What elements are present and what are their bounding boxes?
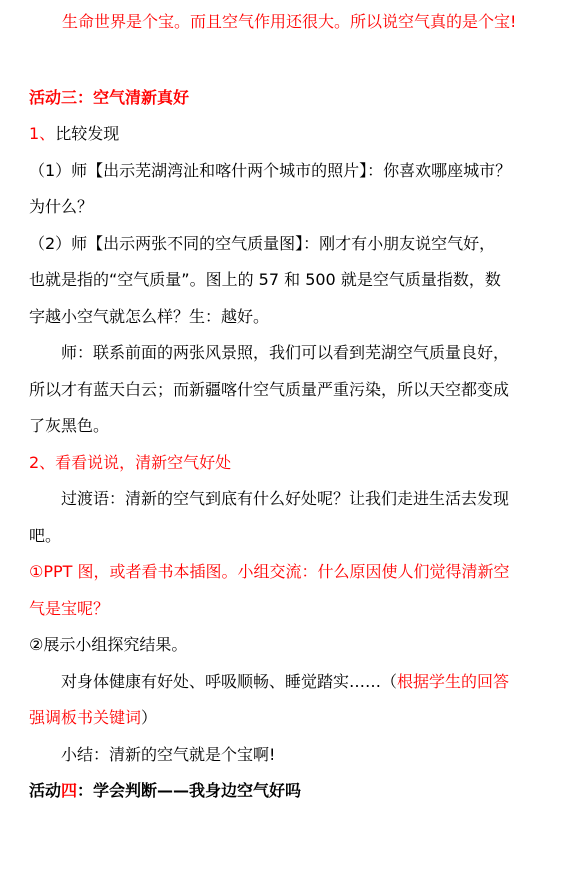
teacher-line3: 了灰黑色。 xyxy=(29,414,109,438)
activity4-prefix: 活动 xyxy=(29,781,61,800)
section1-title: 比较发现 xyxy=(55,124,119,143)
section1-heading: 1、比较发现 xyxy=(29,122,119,146)
intro-line: 生命世界是个宝。而且空气作用还很大。所以说空气真的是个宝! xyxy=(62,10,516,34)
teacher-line2: 所以才有蓝天白云；而新疆喀什空气质量严重污染，所以天空都变成 xyxy=(29,378,509,402)
item2-line3: 字越小空气就怎么样？生：越好。 xyxy=(29,305,269,329)
activity4-number: 四 xyxy=(61,781,77,800)
step2-line: ②展示小组探究结果。 xyxy=(29,633,187,657)
teacher-line1: 师：联系前面的两张风景照，我们可以看到芜湖空气质量良好， xyxy=(61,341,509,365)
result-note-part1: 根据学生的回答 xyxy=(397,672,509,691)
item1-line2: 为什么？ xyxy=(29,195,93,219)
result-text: 对身体健康有好处、呼吸顺畅、睡觉踏实……（ xyxy=(61,672,397,691)
section2-heading: 2、看看说说，清新空气好处 xyxy=(29,451,231,475)
step1-line2: 气是宝呢？ xyxy=(29,597,109,621)
item1-line1: （1）师【出示芜湖湾沚和喀什两个城市的照片】：你喜欢哪座城市？ xyxy=(29,159,511,183)
result-note-part2: 强调板书关键词 xyxy=(29,708,141,727)
transition-line2: 吧。 xyxy=(29,524,61,548)
item2-line1: （2）师【出示两张不同的空气质量图】：刚才有小朋友说空气好， xyxy=(29,232,495,256)
activity4-heading: 活动四：学会判断——我身边空气好吗 xyxy=(29,779,301,803)
summary-line: 小结：清新的空气就是个宝啊! xyxy=(61,743,275,767)
activity4-title: ：学会判断——我身边空气好吗 xyxy=(77,781,301,800)
step1-line1: ①PPT 图，或者看书本插图。小组交流：什么原因使人们觉得清新空 xyxy=(29,560,510,584)
result-close-paren: ） xyxy=(141,708,157,727)
activity3-heading: 活动三：空气清新真好 xyxy=(29,86,189,110)
item2-line2: 也就是指的“空气质量”。图上的 57 和 500 就是空气质量指数，数 xyxy=(29,268,501,292)
transition-line1: 过渡语：清新的空气到底有什么好处呢？让我们走进生活去发现 xyxy=(61,487,509,511)
result-line2: 强调板书关键词） xyxy=(29,706,157,730)
section1-number: 1、 xyxy=(29,124,55,143)
result-line1: 对身体健康有好处、呼吸顺畅、睡觉踏实……（根据学生的回答 xyxy=(61,670,509,694)
